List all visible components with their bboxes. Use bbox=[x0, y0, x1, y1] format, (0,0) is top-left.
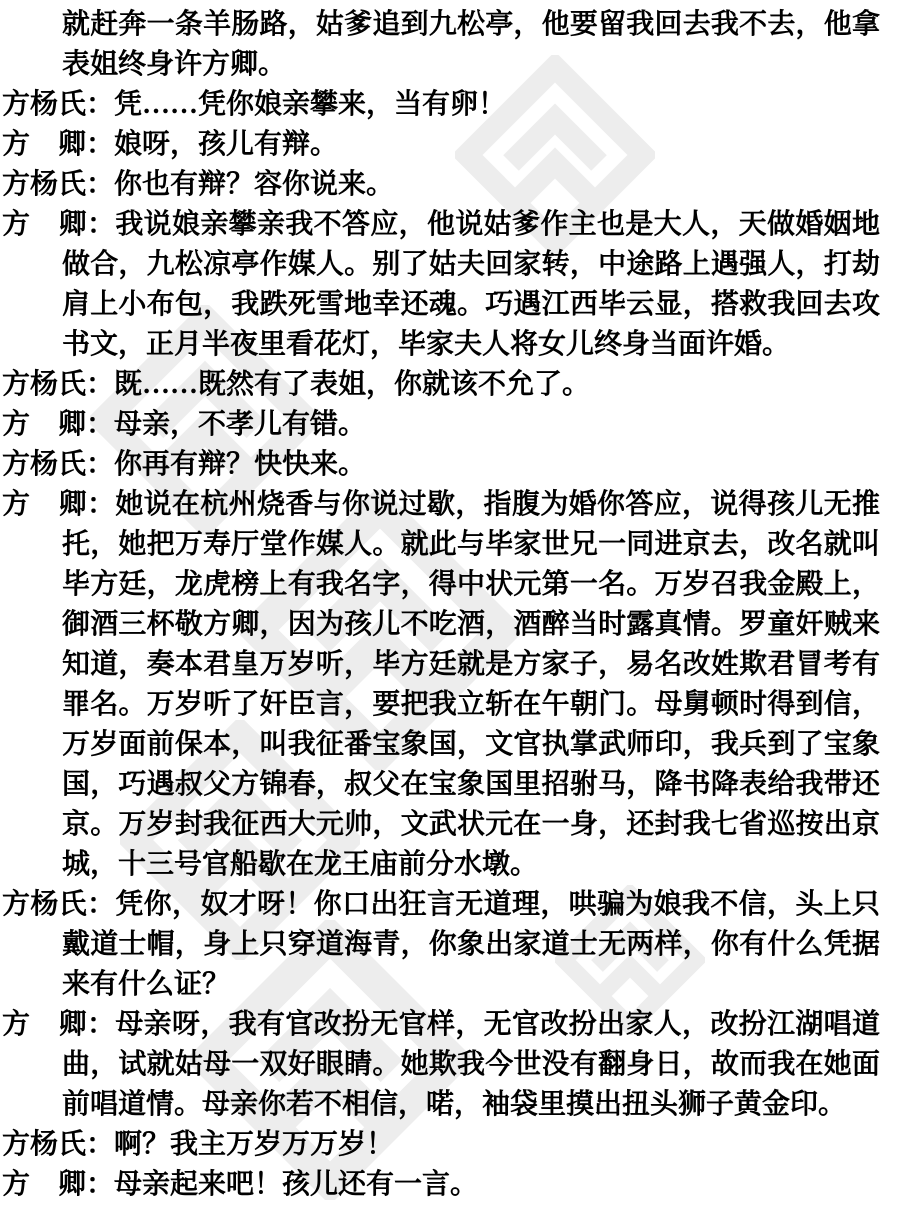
speech-text: 我说娘亲攀亲我不答应，他说姑爹作主也是大人，天做婚姻地做合，九松凉亭作媒人。别了… bbox=[62, 209, 880, 360]
dialogue-line: 方 卿：娘呀，孩儿有辩。 bbox=[2, 125, 880, 165]
speaker-label: 方 卿： bbox=[2, 1009, 115, 1040]
dialogue-line: 方 卿：母亲起来吧！孩儿还有一言。 bbox=[2, 1165, 880, 1205]
speech-text: 母亲呀，我有官改扮无官样，无官改扮出家人，改扮江湖唱道曲，试就姑母一双好眼睛。她… bbox=[62, 1009, 880, 1120]
speaker-label: 方 卿： bbox=[2, 209, 115, 240]
dialogue-line: 方杨氏：凭你，奴才呀！你口出狂言无道理，哄骗为娘我不信，头上只戴道士帽，身上只穿… bbox=[2, 885, 880, 1005]
speech-text: 母亲，不孝儿有错。 bbox=[114, 409, 366, 440]
speaker-label: 方 卿： bbox=[2, 1169, 114, 1200]
speech-text: 就赶奔一条羊肠路，姑爹追到九松亭，他要留我回去我不去，他拿表姐终身许方卿。 bbox=[62, 9, 880, 80]
speech-text: 凭你，奴才呀！你口出狂言无道理，哄骗为娘我不信，头上只戴道士帽，身上只穿道海青，… bbox=[62, 889, 880, 1000]
dialogue-line: 方杨氏：凭……凭你娘亲攀来，当有卵！ bbox=[2, 85, 880, 125]
dialogue-line: 方杨氏：既……既然有了表姐，你就该不允了。 bbox=[2, 365, 880, 405]
speech-text: 她说在杭州烧香与你说过歇，指腹为婚你答应，说得孩儿无推托，她把万寿厅堂作媒人。就… bbox=[62, 489, 880, 880]
dialogue-line: 方 卿：母亲呀，我有官改扮无官样，无官改扮出家人，改扮江湖唱道曲，试就姑母一双好… bbox=[2, 1005, 880, 1125]
speech-text: 娘呀，孩儿有辩。 bbox=[114, 129, 338, 160]
dialogue-line: 方 卿：我说娘亲攀亲我不答应，他说姑爹作主也是大人，天做婚姻地做合，九松凉亭作媒… bbox=[2, 205, 880, 365]
speaker-label: 方 卿： bbox=[2, 129, 114, 160]
speaker-label: 方杨氏： bbox=[2, 449, 114, 480]
dialogue-line: 就赶奔一条羊肠路，姑爹追到九松亭，他要留我回去我不去，他拿表姐终身许方卿。 bbox=[2, 5, 880, 85]
speech-text: 你也有辩？容你说来。 bbox=[114, 169, 394, 200]
speaker-label: 方杨氏： bbox=[2, 1129, 114, 1160]
dialogue-line: 方 卿：她说在杭州烧香与你说过歇，指腹为婚你答应，说得孩儿无推托，她把万寿厅堂作… bbox=[2, 485, 880, 885]
dialogue-line: 方杨氏：啊？我主万岁万万岁！ bbox=[2, 1125, 880, 1165]
speaker-label: 方 卿： bbox=[2, 489, 115, 520]
speech-text: 啊？我主万岁万万岁！ bbox=[114, 1129, 394, 1160]
speaker-label: 方杨氏： bbox=[2, 369, 114, 400]
speaker-label: 方杨氏： bbox=[2, 889, 115, 920]
speech-text: 母亲起来吧！孩儿还有一言。 bbox=[114, 1169, 478, 1200]
script-page: 就赶奔一条羊肠路，姑爹追到九松亭，他要留我回去我不去，他拿表姐终身许方卿。 方杨… bbox=[0, 0, 900, 1205]
speaker-label: 方 卿： bbox=[2, 409, 114, 440]
dialogue-line: 方杨氏：你再有辩？快快来。 bbox=[2, 445, 880, 485]
speech-text: 你再有辩？快快来。 bbox=[114, 449, 366, 480]
speaker-label: 方杨氏： bbox=[2, 169, 114, 200]
speaker-label: 方杨氏： bbox=[2, 89, 114, 120]
speech-text: 既……既然有了表姐，你就该不允了。 bbox=[114, 369, 590, 400]
dialogue-line: 方 卿：母亲，不孝儿有错。 bbox=[2, 405, 880, 445]
dialogue-line: 方杨氏：你也有辩？容你说来。 bbox=[2, 165, 880, 205]
speech-text: 凭……凭你娘亲攀来，当有卵！ bbox=[114, 89, 506, 120]
dialogue-list: 就赶奔一条羊肠路，姑爹追到九松亭，他要留我回去我不去，他拿表姐终身许方卿。 方杨… bbox=[2, 5, 880, 1205]
